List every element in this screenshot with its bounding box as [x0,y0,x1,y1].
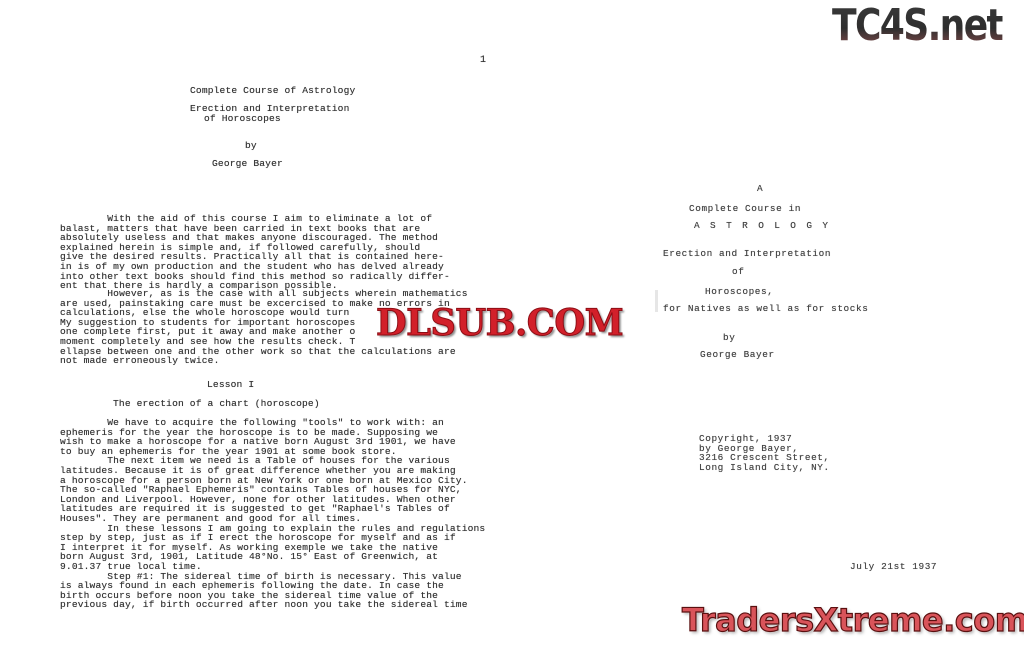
tradersxtreme-watermark: TradersXtreme.com [682,600,1024,640]
title-page-erection: Erection and Interpretation [663,249,831,259]
lesson-heading: Lesson I [207,380,254,390]
document-subtitle-line-2: of Horoscopes [204,114,281,124]
dlsub-watermark: DLSUB.COM [376,303,623,343]
publication-date: July 21st 1937 [850,562,937,572]
page-number: 1 [480,56,486,66]
document-title: Complete Course of Astrology [190,86,355,96]
title-page-article: A [757,184,763,194]
lesson-subtitle: The erection of a chart (horoscope) [113,399,320,409]
title-page-natives-stocks: for Natives as well as for stocks [663,304,868,314]
scan-artifact [655,290,658,312]
title-page-astrology: A S T R O L O G Y [694,221,830,231]
lesson-body: We have to acquire the following "tools"… [60,418,485,610]
copyright-block: Copyright, 1937 by George Bayer, 3216 Cr… [699,434,830,472]
by-label: by [245,141,257,151]
title-page-author: George Bayer [700,350,775,360]
title-page-by: by [723,333,735,343]
tc4s-watermark: TC4S.net [832,2,1002,50]
title-page-of: of [732,267,744,277]
author-name: George Bayer [212,159,283,169]
title-page-horoscopes: Horoscopes, [705,287,774,297]
title-page-complete-course: Complete Course in [689,204,801,214]
intro-paragraph-1: With the aid of this course I aim to eli… [60,214,450,291]
